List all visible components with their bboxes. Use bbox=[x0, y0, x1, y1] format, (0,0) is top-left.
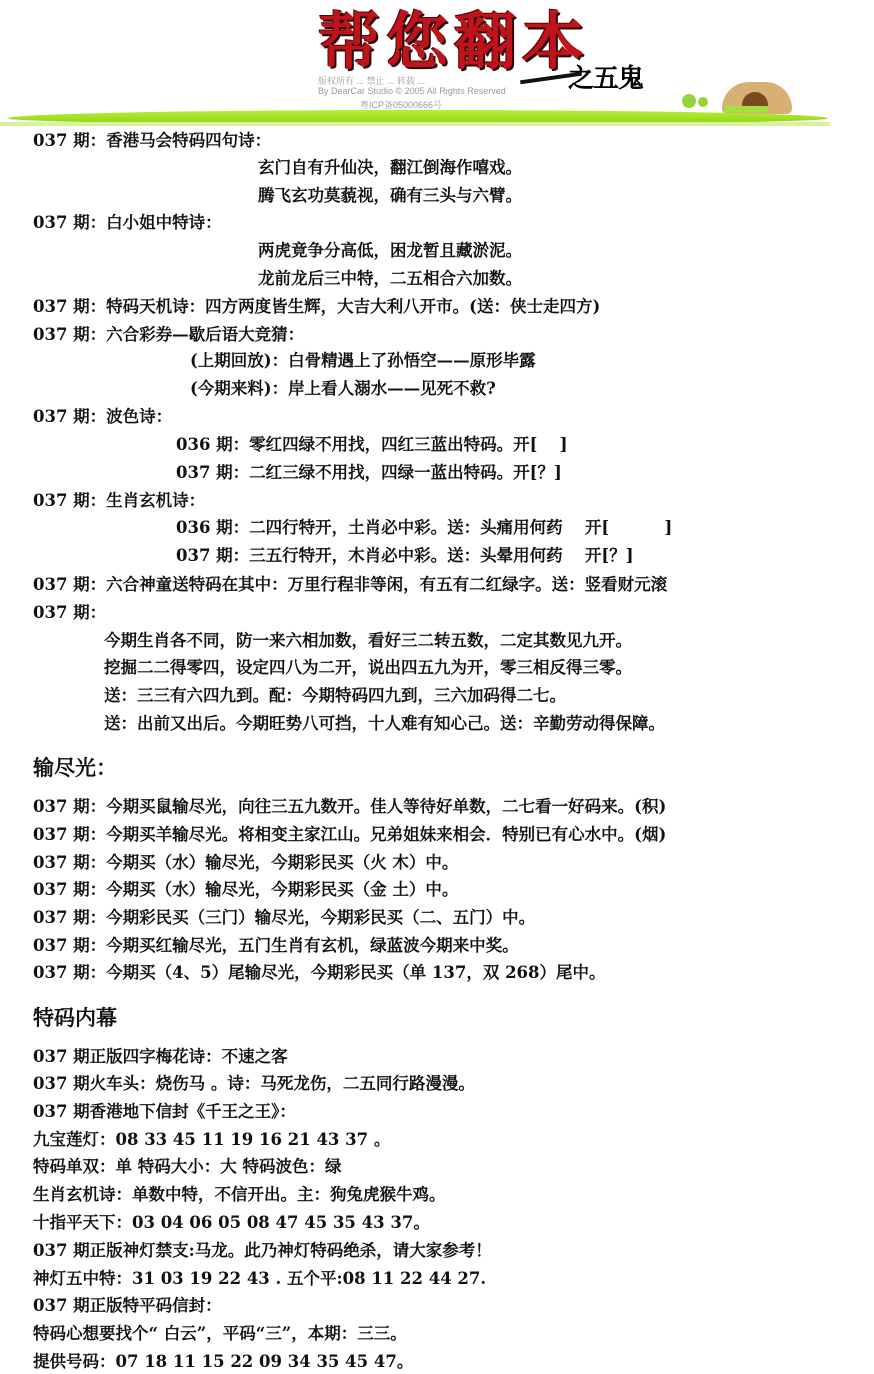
text-line: 037 期正版四字梅花诗：不速之客 bbox=[33, 1046, 288, 1068]
text-line: 037 期：三五行特开，木肖必中彩。送：头晕用何药 开[？] bbox=[176, 545, 634, 567]
text-line: 037 期：今期买（水）输尽光，今期彩民买（火 木）中。 bbox=[33, 852, 458, 874]
text-line: 037 期：香港马会特码四句诗： bbox=[33, 130, 271, 152]
text-line: 两虎竟争分高低，困龙暂且藏淤泥。 bbox=[258, 240, 522, 262]
text-line: 037 期：特码天机诗：四方两度皆生辉，大吉大利八开市。(送：侠士走四方) bbox=[33, 296, 600, 318]
text-line: 送：出前又出后。今期旺势八可挡，十人难有知心己。送：辛勤劳动得保障。 bbox=[104, 713, 665, 735]
text-line: 037 期：今期买（4、5）尾输尽光，今期彩民买（单 137，双 268）尾中。 bbox=[33, 962, 606, 984]
text-line: 037 期：今期买鼠输尽光，向往三五九数开。佳人等待好单数，二七看一好码来。(积… bbox=[33, 796, 666, 818]
text-line: 提供号码：07 18 11 15 22 09 34 35 45 47。 bbox=[33, 1351, 413, 1373]
text-line: 腾飞玄功莫藐视，确有三头与六臂。 bbox=[258, 185, 522, 207]
text-line: 037 期火车头：烧伤马 。诗：马死龙伤，二五同行路漫漫。 bbox=[33, 1073, 475, 1095]
text-line: (今期来料)：岸上看人溺水——见死不救? bbox=[190, 378, 496, 400]
text-line: 037 期：二红三绿不用找，四绿一蓝出特码。开[？] bbox=[176, 462, 562, 484]
text-line: 特码心想要找个“ 白云”，平码“三”，本期：三三。 bbox=[33, 1323, 407, 1345]
text-line: 037 期香港地下信封《千王之王》： bbox=[33, 1101, 296, 1123]
text-line: 037 期：今期买（水）输尽光，今期彩民买（金 土）中。 bbox=[33, 879, 458, 901]
text-line: 037 期正版特平码信封： bbox=[33, 1295, 222, 1317]
header-banner: 帮您翻本 之五鬼 版权所有 ... 禁止 ... 转载 ... By DearC… bbox=[0, 0, 874, 128]
text-line: 037 期：今期彩民买（三门）输尽光，今期彩民买（二、五门）中。 bbox=[33, 907, 535, 929]
copyright-line-2: By DearCar Studio © 2005 All Rights Rese… bbox=[318, 86, 506, 96]
text-line: 玄门自有升仙决，翻江倒海作嘻戏。 bbox=[258, 157, 522, 179]
text-line: 龙前龙后三中特，二五相合六加数。 bbox=[258, 268, 522, 290]
text-line: 特码单双：单 特码大小：大 特码波色：绿 bbox=[33, 1156, 342, 1178]
banner-title: 帮您翻本 bbox=[318, 2, 590, 82]
text-line: (上期回放)：白骨精遇上了孙悟空——原形毕露 bbox=[190, 350, 536, 372]
tree-icon bbox=[698, 97, 708, 107]
text-line: 037 期正版神灯禁支:马龙。此乃神灯特码绝杀，请大家参考！ bbox=[33, 1240, 492, 1262]
fence-icon bbox=[724, 106, 768, 112]
text-line: 037 期：六合彩券—歇后语大竞猜： bbox=[33, 324, 304, 346]
text-line: 037 期： bbox=[33, 602, 106, 624]
text-line: 十指平天下：03 04 06 05 08 47 45 35 43 37。 bbox=[33, 1212, 430, 1234]
text-line: 037 期：生肖玄机诗： bbox=[33, 490, 205, 512]
section-title-inside-info: 特码内幕 bbox=[33, 1002, 117, 1032]
text-line: 037 期：波色诗： bbox=[33, 406, 172, 428]
text-line: 今期生肖各不同，防一来六相加数，看好三二转五数，二定其数见九开。 bbox=[104, 630, 632, 652]
text-line: 挖掘二二得零四，设定四八为二开，说出四五九为开，零三相反得三零。 bbox=[104, 657, 632, 679]
text-line: 九宝莲灯：08 33 45 11 19 16 21 43 37 。 bbox=[33, 1129, 390, 1151]
text-line: 神灯五中特：31 03 19 22 43 . 五个平:08 11 22 44 2… bbox=[33, 1268, 486, 1290]
tree-icon bbox=[682, 94, 696, 108]
text-line: 036 期：二四行特开，土肖必中彩。送：头痛用何药 开[ ] bbox=[176, 517, 672, 539]
text-line: 037 期：今期买羊输尽光。将相变主家江山。兄弟姐妹来相会．特别已有心水中。(烟… bbox=[33, 824, 666, 846]
text-line: 036 期：零红四绿不用找，四红三蓝出特码。开[ ] bbox=[176, 434, 568, 456]
grass-shadow bbox=[0, 122, 830, 126]
section-title-lose-all: 输尽光： bbox=[33, 752, 117, 782]
text-line: 037 期：六合神童送特码在其中：万里行程非等闲，有五有二红绿字。送：竖看财元滚 bbox=[33, 574, 667, 596]
text-line: 037 期：白小姐中特诗： bbox=[33, 212, 222, 234]
text-line: 037 期：今期买红输尽光，五门生肖有玄机，绿蓝波今期来中奖。 bbox=[33, 935, 519, 957]
text-line: 送：三三有六四九到。配：今期特码四九到，三六加码得二七。 bbox=[104, 685, 566, 707]
text-line: 生肖玄机诗：单数中特，不信开出。主：狗兔虎猴牛鸡。 bbox=[33, 1184, 446, 1206]
banner-subtitle: 之五鬼 bbox=[568, 58, 643, 95]
